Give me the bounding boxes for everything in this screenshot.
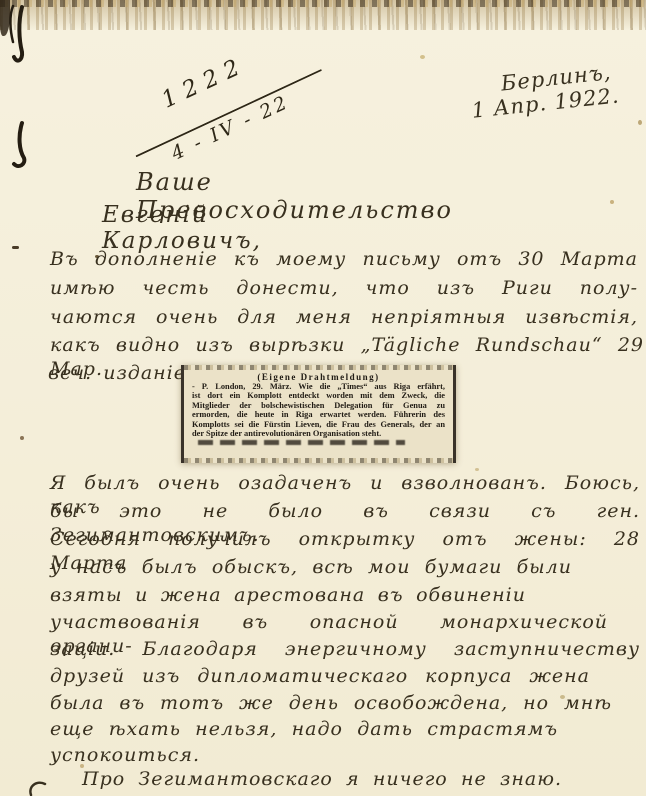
clipping-line: ist dort ein Komplott entdeckt worden mi… <box>192 391 445 400</box>
ink-mark-icon <box>6 4 48 88</box>
handwritten-line: Про Зегимантовскаго я ничего не знаю. <box>82 767 562 791</box>
ink-mark-icon <box>8 118 40 174</box>
handwritten-line: веч. изданіе. <box>48 361 193 385</box>
scan-noise-band <box>0 0 646 30</box>
handwritten-line: Въ дополненіе къ моему письму отъ 30 Мар… <box>50 247 638 271</box>
newspaper-clipping: (Eigene Drahtmeldung) - P. London, 29. M… <box>181 365 456 463</box>
clipping-line: der Spitze der antirevolutionären Organi… <box>192 429 445 438</box>
handwritten-line: у насъ былъ обыскъ, всѣ мои бумаги были <box>50 555 572 579</box>
handwritten-line: была въ тотъ же день освобождена, но мнѣ <box>50 691 612 715</box>
dateline: Берлинъ, 1 Апр. 1922. <box>468 57 642 123</box>
paper-speck <box>420 55 425 59</box>
handwritten-line: взяты и жена арестована въ обвиненіи <box>50 583 526 607</box>
clipping-line: - P. London, 29. März. Wie die „Times“ a… <box>192 382 445 391</box>
handwritten-line: еще ѣхать нельзя, надо дать страстямъ <box>50 717 558 741</box>
clipping-line: ermorden, die heute in Riga erwartet wer… <box>192 410 445 419</box>
handwritten-line: заціи. Благодаря энергичному заступничес… <box>50 637 640 661</box>
registry-number: 1222 <box>158 52 251 114</box>
paper-speck <box>610 200 614 204</box>
cutoff-stroke-icon <box>26 779 52 796</box>
clipping-line: Mitglieder der bolschewistischen Delegat… <box>192 401 445 410</box>
handwritten-line: друзей изъ дипломатическаго корпуса жена <box>50 664 590 688</box>
scanned-letter-page: 1222 4 - IV - 22 Берлинъ, 1 Апр. 1922. В… <box>0 0 646 796</box>
handwritten-line: имѣю честь донести, что изъ Риги полу- <box>50 276 638 300</box>
paper-speck <box>638 120 642 125</box>
paper-speck <box>12 246 19 249</box>
clipping-line: Komplotts sei die Fürstin Lieven, die Fr… <box>192 420 445 429</box>
handwritten-line: чаются очень для меня непріятныя извѣсті… <box>50 305 638 329</box>
clipping-header: (Eigene Drahtmeldung) <box>192 372 445 382</box>
clipping-cutoff-smudge <box>198 440 405 445</box>
paper-speck <box>20 436 24 440</box>
handwritten-line: успокоиться. <box>50 743 200 767</box>
